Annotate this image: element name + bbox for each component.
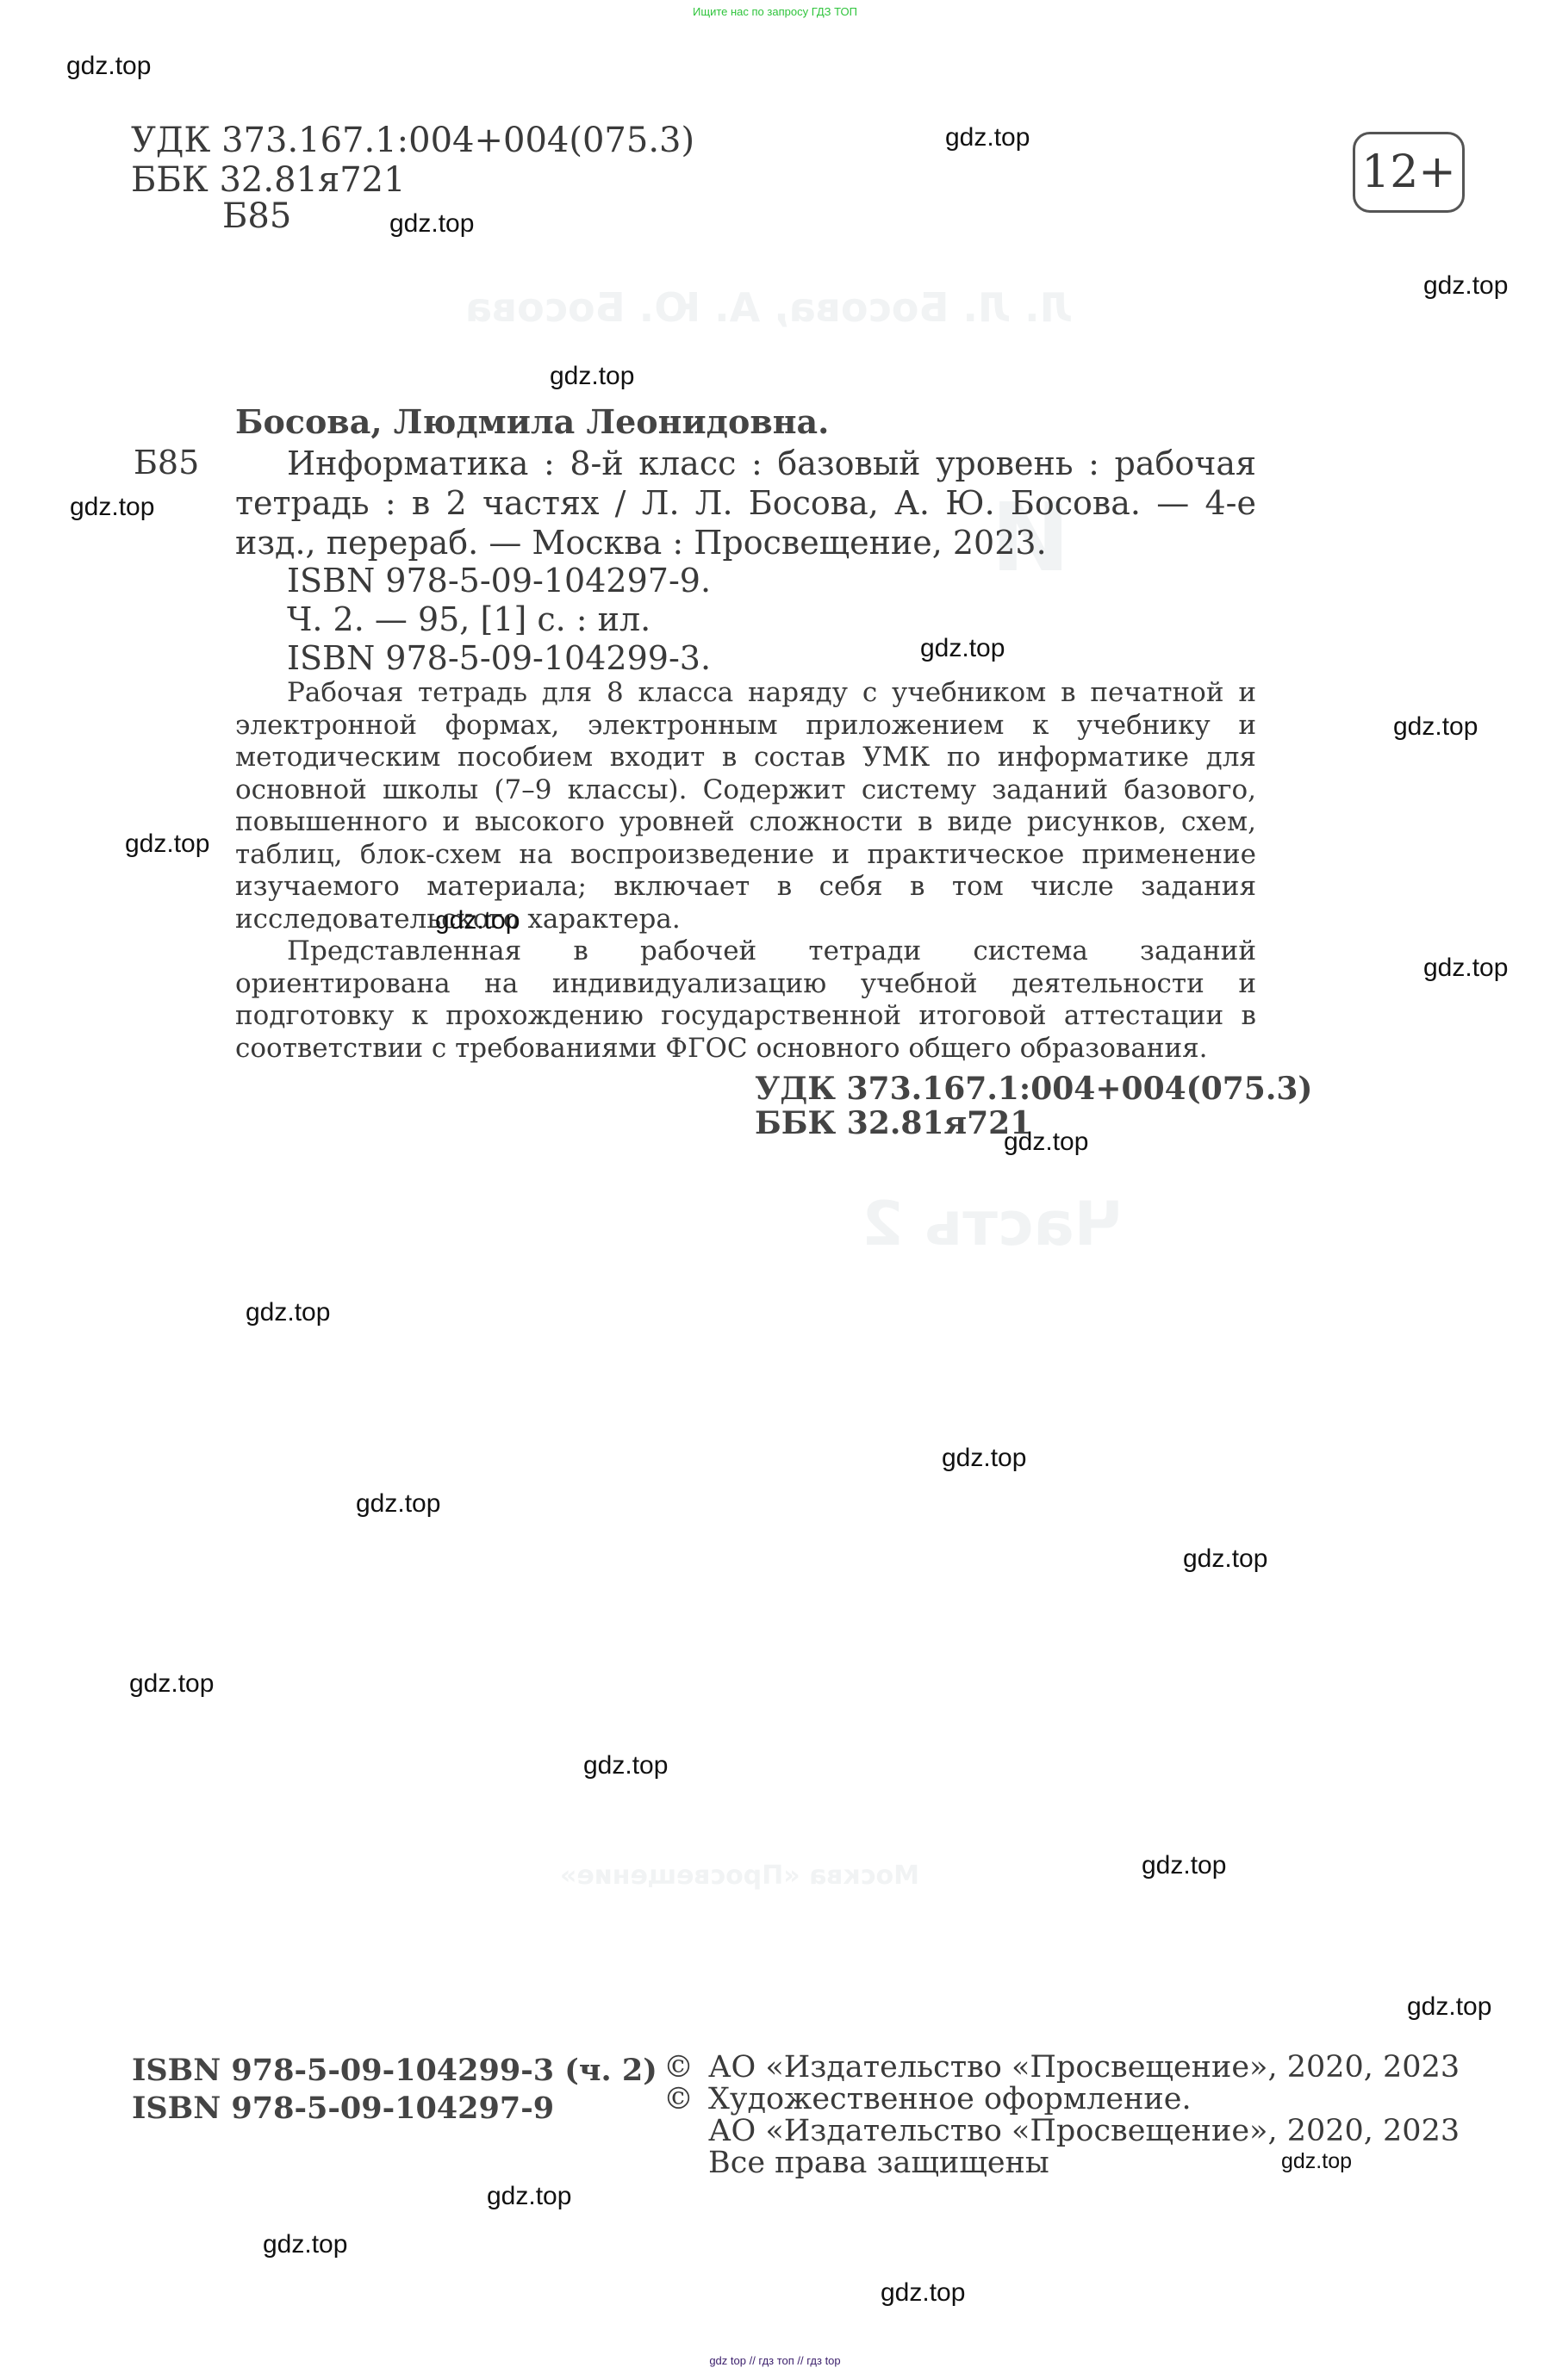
- watermark: gdz.top: [263, 2230, 347, 2259]
- footer-isbn-set: ISBN 978-5-09-104297-9: [132, 2090, 657, 2128]
- age-rating-badge: 12+: [1353, 132, 1465, 213]
- watermark: gdz.top: [246, 1298, 330, 1327]
- watermark: gdz.top: [550, 362, 634, 391]
- copyright-line: Художественное оформление.: [708, 2084, 1192, 2116]
- watermark: gdz.top: [942, 1444, 1026, 1473]
- top-banner[interactable]: Ищите нас по запросу ГДЗ ТОП: [0, 5, 1550, 18]
- catalog-part-info: Ч. 2. — 95, [1] с. : ил.: [287, 600, 711, 639]
- bottom-banner[interactable]: gdz top // гдз топ // гдз top: [0, 2354, 1550, 2367]
- watermark: gdz.top: [1142, 1851, 1226, 1880]
- show-through-publisher: Москва «Просвещение»: [560, 1861, 919, 1891]
- watermark: gdz.top: [66, 52, 151, 81]
- show-through-authors: Л. Л. Босова, А. Ю. Босова: [465, 284, 1073, 331]
- copyright-icon: ©: [663, 2084, 708, 2116]
- catalog-isbn-block: ISBN 978-5-09-104297-9. Ч. 2. — 95, [1] …: [287, 562, 711, 678]
- catalog-isbn-set: ISBN 978-5-09-104297-9.: [287, 562, 711, 600]
- show-through-part: Часть 2: [862, 1189, 1123, 1259]
- watermark: gdz.top: [356, 1489, 440, 1519]
- watermark: gdz.top: [70, 493, 154, 522]
- watermark: gdz.top: [1423, 271, 1508, 301]
- watermark: gdz.top: [881, 2278, 965, 2308]
- footer-isbn-block: ISBN 978-5-09-104299-3 (ч. 2) ISBN 978-5…: [132, 2052, 657, 2128]
- watermark: gdz.top: [1423, 954, 1508, 983]
- rights-reserved: Все права защищены: [708, 2147, 1049, 2179]
- watermark: gdz.top: [1004, 1128, 1088, 1157]
- age-rating-label: 12+: [1361, 146, 1456, 198]
- watermark: gdz.top: [1393, 712, 1478, 742]
- author-mark: Б85: [222, 196, 291, 236]
- copyright-line: АО «Издательство «Просвещение», 2020, 20…: [708, 2116, 1460, 2147]
- catalog-udk: УДК 373.167.1:004+004(075.3): [755, 1072, 1312, 1106]
- watermark: gdz.top: [583, 1751, 668, 1780]
- copyright-line: АО «Издательство «Просвещение», 2020, 20…: [708, 2052, 1460, 2084]
- copyright-icon: ©: [663, 2052, 708, 2084]
- watermark: gdz.top: [945, 123, 1030, 152]
- watermark: gdz.top: [435, 906, 520, 935]
- watermark: gdz.top: [1281, 2149, 1352, 2174]
- udk-code: УДК 373.167.1:004+004(075.3): [131, 121, 694, 160]
- catalog-author: Босова, Людмила Леонидовна.: [235, 403, 829, 441]
- watermark: gdz.top: [125, 830, 209, 859]
- annotation: Рабочая тетрадь для 8 класса наряду с уч…: [235, 677, 1256, 1065]
- catalog-side-mark: Б85: [134, 444, 199, 482]
- watermark: gdz.top: [920, 634, 1005, 663]
- watermark: gdz.top: [129, 1669, 214, 1699]
- annotation-paragraph: Представленная в рабочей тетради система…: [235, 935, 1256, 1065]
- watermark: gdz.top: [1407, 1992, 1491, 2022]
- bbk-code: ББК 32.81я721: [131, 160, 406, 200]
- footer-isbn-part: ISBN 978-5-09-104299-3 (ч. 2): [132, 2052, 657, 2090]
- watermark: gdz.top: [487, 2182, 571, 2211]
- catalog-isbn-part: ISBN 978-5-09-104299-3.: [287, 639, 711, 678]
- watermark: gdz.top: [1183, 1544, 1267, 1574]
- annotation-paragraph: Рабочая тетрадь для 8 класса наряду с уч…: [235, 677, 1256, 935]
- watermark: gdz.top: [389, 209, 474, 239]
- catalog-description: Информатика : 8-й класс : базовый уровен…: [235, 444, 1256, 562]
